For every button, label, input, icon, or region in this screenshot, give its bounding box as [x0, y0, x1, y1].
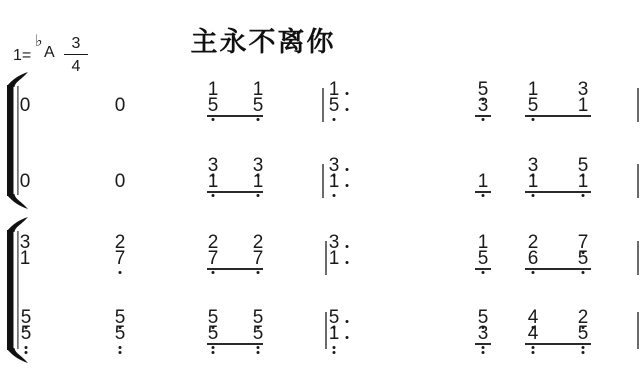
time-signature: 3 4	[64, 33, 88, 76]
octave-dot	[257, 118, 260, 121]
system-bracket-icon	[3, 217, 35, 368]
beam-line	[525, 268, 591, 270]
beam-line	[525, 191, 591, 193]
octave-dot	[212, 351, 215, 354]
time-signature-denominator: 4	[64, 55, 88, 76]
note-digit: 5	[578, 252, 589, 266]
octave-dot	[212, 194, 215, 197]
note-digit: 5	[253, 99, 264, 113]
duration-dot	[346, 108, 349, 111]
note-digit: 0	[115, 99, 126, 113]
note-digit: 1	[528, 175, 539, 189]
beam-line	[525, 115, 591, 117]
note-digit: 5	[578, 327, 589, 341]
barline	[322, 88, 324, 122]
octave-dot	[532, 118, 535, 121]
note-digit: 5	[253, 327, 264, 341]
octave-dot	[333, 351, 336, 354]
key-signature-letter: A	[44, 44, 55, 62]
octave-dot	[582, 346, 585, 349]
octave-dot	[212, 346, 215, 349]
barline	[325, 312, 327, 349]
note-digit: 5	[208, 327, 219, 341]
beam-line	[207, 115, 263, 117]
barline	[637, 88, 639, 122]
octave-dot	[482, 118, 485, 121]
barline	[637, 312, 639, 349]
note-digit: 3	[478, 327, 489, 341]
octave-dot	[532, 194, 535, 197]
note-digit: 7	[208, 252, 219, 266]
note-digit: 1	[478, 175, 489, 189]
note-digit: 5	[208, 99, 219, 113]
beam-line	[525, 343, 591, 345]
note-digit: 3	[478, 99, 489, 113]
system-bracket-icon	[3, 72, 35, 214]
beam-line	[207, 343, 263, 345]
octave-dot	[532, 271, 535, 274]
octave-dot	[212, 271, 215, 274]
octave-dot	[532, 351, 535, 354]
note-digit: 0	[115, 175, 126, 189]
note-digit: 5	[329, 99, 340, 113]
note-digit: 5	[115, 327, 126, 341]
octave-dot	[119, 351, 122, 354]
note-digit: 6	[528, 252, 539, 266]
duration-dot	[346, 184, 349, 187]
note-digit: 1	[329, 327, 340, 341]
note-digit: 1	[578, 175, 589, 189]
duration-dot	[346, 245, 349, 248]
time-signature-numerator: 3	[64, 33, 88, 55]
octave-dot	[119, 271, 122, 274]
octave-dot	[482, 194, 485, 197]
note-digit: 1	[329, 175, 340, 189]
barline	[637, 164, 639, 198]
beam-line	[207, 191, 263, 193]
octave-dot	[582, 271, 585, 274]
octave-dot	[482, 271, 485, 274]
octave-dot	[532, 346, 535, 349]
beam-line	[475, 115, 491, 117]
octave-dot	[119, 346, 122, 349]
note-digit: 1	[329, 252, 340, 266]
note-digit: 5	[528, 99, 539, 113]
octave-dot	[257, 194, 260, 197]
barline	[637, 241, 639, 275]
barline	[322, 164, 324, 198]
duration-dot	[346, 336, 349, 339]
beam-line	[475, 268, 491, 270]
duration-dot	[346, 168, 349, 171]
octave-dot	[482, 351, 485, 354]
note-digit: 1	[253, 175, 264, 189]
duration-dot	[346, 92, 349, 95]
beam-line	[475, 343, 491, 345]
octave-dot	[582, 194, 585, 197]
octave-dot	[333, 194, 336, 197]
barline	[325, 241, 327, 275]
note-digit: 7	[253, 252, 264, 266]
octave-dot	[257, 351, 260, 354]
note-digit: 4	[528, 327, 539, 341]
key-signature-prefix: 1=	[13, 47, 31, 65]
duration-dot	[346, 261, 349, 264]
octave-dot	[257, 271, 260, 274]
octave-dot	[212, 118, 215, 121]
octave-dot	[333, 118, 336, 121]
octave-dot	[257, 346, 260, 349]
duration-dot	[346, 320, 349, 323]
beam-line	[475, 191, 491, 193]
beam-line	[207, 268, 263, 270]
octave-dot	[333, 346, 336, 349]
note-digit: 7	[115, 252, 126, 266]
sheet-music-page: 主永不离你 1= ♭ A 3 4 00151515531531003131311…	[0, 0, 643, 374]
flat-accidental-icon: ♭	[35, 31, 43, 51]
note-digit: 1	[578, 99, 589, 113]
note-digit: 5	[478, 252, 489, 266]
octave-dot	[582, 351, 585, 354]
octave-dot	[482, 346, 485, 349]
song-title: 主永不离你	[148, 20, 378, 59]
note-digit: 1	[208, 175, 219, 189]
